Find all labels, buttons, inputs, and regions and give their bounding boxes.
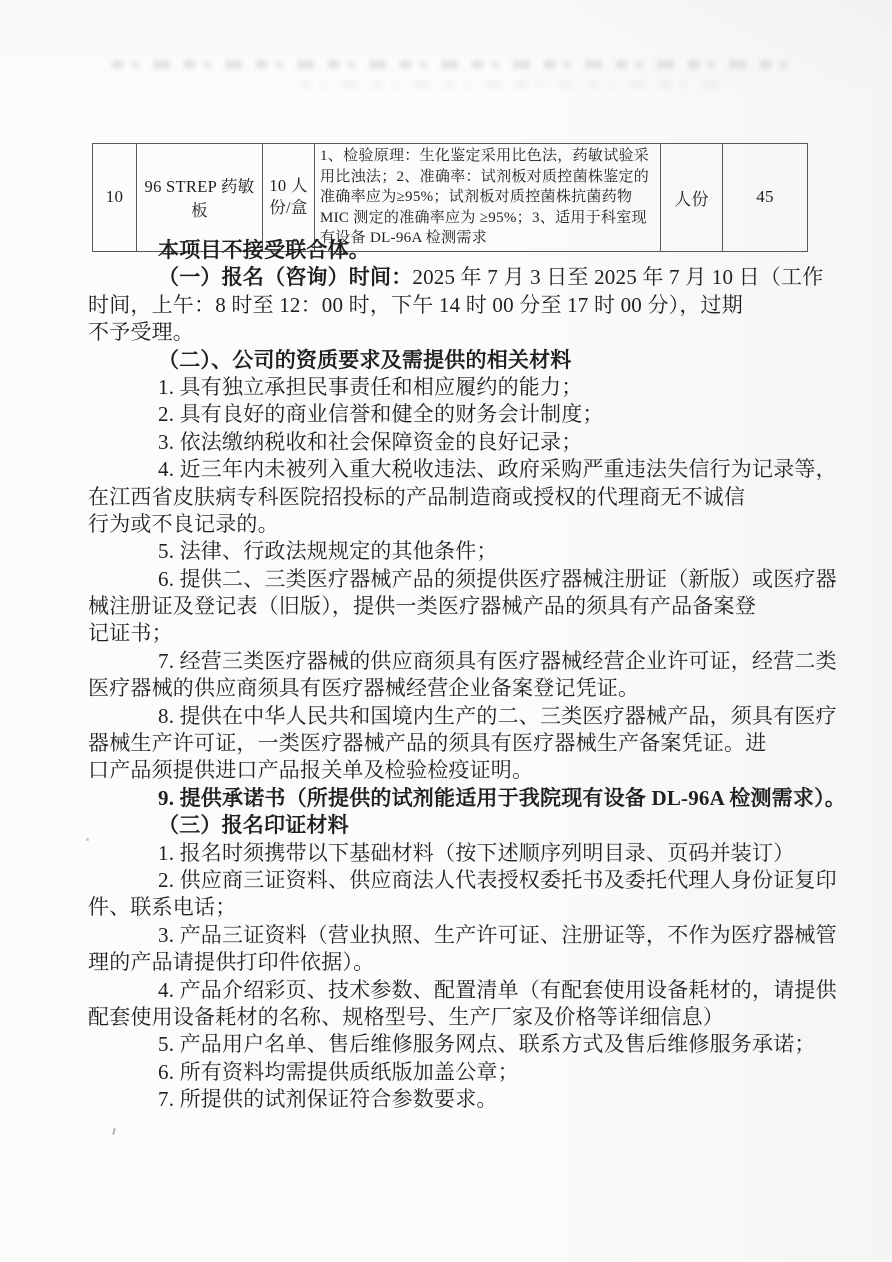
line-text: 5. 法律、行政法规规定的其他条件；	[158, 539, 498, 563]
text-line: 本项目不接受联合体。	[88, 237, 812, 264]
line-text: 时间，上午：8 时至 12：00 时，下午 14 时 00 分至 17 时 00…	[88, 293, 743, 317]
scanned-document-page: 10 96 STREP 药敏板 10 人份/盒 1、检验原理：生化鉴定采用比色法…	[0, 0, 892, 1262]
line-text: 医疗器械的供应商须具有医疗器械经营企业备案登记凭证。	[88, 676, 639, 700]
text-line: 9. 提供承诺书（所提供的试剂能适用于我院现有设备 DL-96A 检测需求）。	[88, 785, 812, 812]
line-text: 口产品须提供进口产品报关单及检验检疫证明。	[88, 758, 533, 782]
line-text: 7. 所提供的试剂保证符合参数要求。	[158, 1087, 498, 1111]
col-unit: 人份	[661, 144, 723, 252]
text-line: 6. 所有资料均需提供质纸版加盖公章；	[88, 1059, 812, 1086]
text-line: 6. 提供二、三类医疗器械产品的须提供医疗器械注册证（新版）或医疗器	[88, 566, 812, 593]
text-line: 1. 具有独立承担民事责任和相应履约的能力；	[88, 374, 812, 401]
col-item-no: 10	[93, 144, 137, 252]
line-text: 5. 产品用户名单、售后维修服务网点、联系方式及售后维修服务承诺；	[158, 1032, 816, 1056]
text-line: 器械生产许可证，一类医疗器械产品的须具有医疗器械生产备案凭证。进	[88, 730, 812, 757]
line-text: 理的产品请提供打印件依据）。	[88, 950, 374, 974]
text-line: 在江西省皮肤病专科医院招投标的产品制造商或授权的代理商无不诚信	[88, 484, 812, 511]
line-text: 2. 供应商三证资料、供应商法人代表授权委托书及委托代理人身份证复印	[158, 868, 837, 892]
col-product-name: 96 STREP 药敏板	[137, 144, 263, 252]
line-text: 1. 具有独立承担民事责任和相应履约的能力；	[158, 375, 582, 399]
line-text: 3. 产品三证资料（营业执照、生产许可证、注册证等，不作为医疗器械管	[158, 923, 837, 947]
line-text: 6. 所有资料均需提供质纸版加盖公章；	[158, 1060, 519, 1084]
text-line: 4. 产品介绍彩页、技术参数、配置清单（有配套使用设备耗材的，请提供	[88, 977, 812, 1004]
text-line: 口产品须提供进口产品报关单及检验检疫证明。	[88, 757, 812, 784]
col-tech-params: 1、检验原理：生化鉴定采用比色法，药敏试验采用比浊法；2、准确率：试剂板对质控菌…	[315, 144, 661, 252]
text-line: 配套使用设备耗材的名称、规格型号、生产厂家及价格等详细信息）	[88, 1004, 812, 1031]
text-line: （三）报名印证材料	[88, 812, 812, 839]
text-line: 3. 产品三证资料（营业执照、生产许可证、注册证等，不作为医疗器械管	[88, 922, 812, 949]
text-line: 记证书；	[88, 620, 812, 647]
line-text: 9. 提供承诺书（所提供的试剂能适用于我院现有设备 DL-96A 检测需求）。	[158, 786, 846, 810]
text-line: 5. 产品用户名单、售后维修服务网点、联系方式及售后维修服务承诺；	[88, 1031, 812, 1058]
text-line: 件、联系电话；	[88, 894, 812, 921]
text-line: 医疗器械的供应商须具有医疗器械经营企业备案登记凭证。	[88, 675, 812, 702]
line-text: 1. 报名时须携带以下基础材料（按下述顺序列明目录、页码并装订）	[158, 841, 794, 865]
text-line: 8. 提供在中华人民共和国境内生产的二、三类医疗器械产品，须具有医疗	[88, 703, 812, 730]
text-line: 不予受理。	[88, 319, 812, 346]
line-text: 3. 依法缴纳税收和社会保障资金的良好记录；	[158, 430, 582, 454]
line-text: 6. 提供二、三类医疗器械产品的须提供医疗器械注册证（新版）或医疗器	[158, 567, 837, 591]
text-line: 理的产品请提供打印件依据）。	[88, 949, 812, 976]
text-line: 7. 所提供的试剂保证符合参数要求。	[88, 1086, 812, 1113]
line-text: 件、联系电话；	[88, 895, 236, 919]
line-text: 2025 年 7 月 3 日至 2025 年 7 月 10 日（工作	[412, 265, 823, 289]
text-line: 时间，上午：8 时至 12：00 时，下午 14 时 00 分至 17 时 00…	[88, 292, 812, 319]
text-line: 行为或不良记录的。	[88, 511, 812, 538]
line-bold-prefix: （一）报名（咨询）时间：	[158, 265, 412, 289]
line-text: 在江西省皮肤病专科医院招投标的产品制造商或授权的代理商无不诚信	[88, 485, 745, 509]
text-line: 2. 供应商三证资料、供应商法人代表授权委托书及委托代理人身份证复印	[88, 867, 812, 894]
product-spec-table: 10 96 STREP 药敏板 10 人份/盒 1、检验原理：生化鉴定采用比色法…	[92, 143, 808, 252]
scan-speck	[112, 1128, 116, 1135]
text-line: （二）、公司的资质要求及需提供的相关材料	[88, 347, 812, 374]
line-text: 4. 产品介绍彩页、技术参数、配置清单（有配套使用设备耗材的，请提供	[158, 978, 837, 1002]
text-line: 3. 依法缴纳税收和社会保障资金的良好记录；	[88, 429, 812, 456]
col-pack-spec: 10 人份/盒	[263, 144, 315, 252]
text-line: 2. 具有良好的商业信誉和健全的财务会计制度；	[88, 401, 812, 428]
line-text: 2. 具有良好的商业信誉和健全的财务会计制度；	[158, 402, 604, 426]
scan-speck	[86, 838, 89, 841]
text-line: 械注册证及登记表（旧版），提供一类医疗器械产品的须具有产品备案登	[88, 593, 812, 620]
line-text: 器械生产许可证，一类医疗器械产品的须具有医疗器械生产备案凭证。进	[88, 731, 766, 755]
line-text: 不予受理。	[88, 320, 194, 344]
line-text: 8. 提供在中华人民共和国境内生产的二、三类医疗器械产品，须具有医疗	[158, 704, 837, 728]
line-text: 4. 近三年内未被列入重大税收违法、政府采购严重违法失信行为记录等，	[158, 457, 837, 481]
text-line: 5. 法律、行政法规规定的其他条件；	[88, 538, 812, 565]
text-line: 1. 报名时须携带以下基础材料（按下述顺序列明目录、页码并装订）	[88, 840, 812, 867]
document-body: 本项目不接受联合体。（一）报名（咨询）时间：2025 年 7 月 3 日至 20…	[88, 237, 812, 1114]
table-row: 10 96 STREP 药敏板 10 人份/盒 1、检验原理：生化鉴定采用比色法…	[93, 144, 808, 252]
line-text: 械注册证及登记表（旧版），提供一类医疗器械产品的须具有产品备案登	[88, 594, 756, 618]
line-text: 行为或不良记录的。	[88, 512, 279, 536]
line-text: 记证书；	[88, 621, 173, 645]
line-text: （二）、公司的资质要求及需提供的相关材料	[158, 348, 572, 372]
line-text: 配套使用设备耗材的名称、规格型号、生产厂家及价格等详细信息）	[88, 1005, 724, 1029]
line-text: 本项目不接受联合体。	[158, 238, 370, 262]
text-line: 4. 近三年内未被列入重大税收违法、政府采购严重违法失信行为记录等，	[88, 456, 812, 483]
line-text: （三）报名印证材料	[158, 813, 349, 837]
text-line: 7. 经营三类医疗器械的供应商须具有医疗器械经营企业许可证，经营二类	[88, 648, 812, 675]
bleed-through-ghost-text	[112, 60, 788, 69]
line-text: 7. 经营三类医疗器械的供应商须具有医疗器械经营企业许可证，经营二类	[158, 649, 837, 673]
text-line: （一）报名（咨询）时间：2025 年 7 月 3 日至 2025 年 7 月 1…	[88, 264, 812, 291]
bleed-through-ghost-text	[300, 80, 720, 89]
col-quantity: 45	[723, 144, 808, 252]
